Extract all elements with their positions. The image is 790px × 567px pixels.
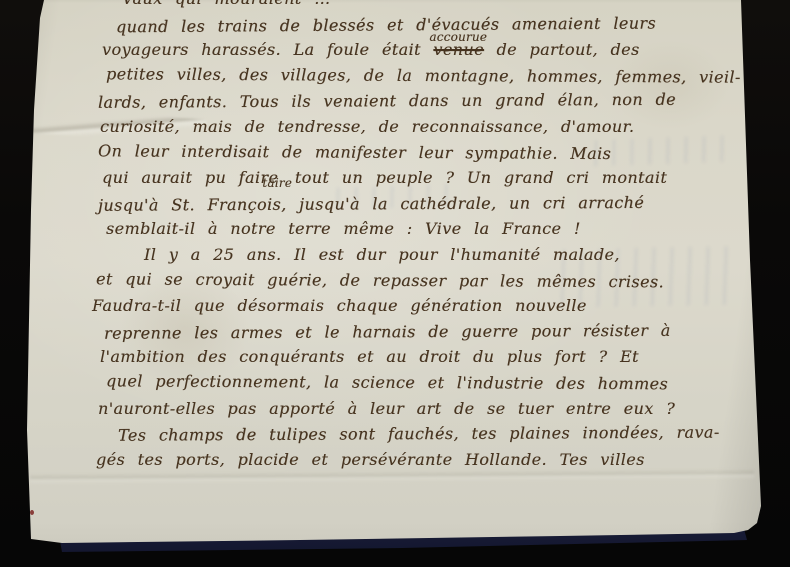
manuscript-line: Il y a 25 ans. Il est dur pour l'humanit…	[96, 242, 756, 268]
manuscript-line: semblait-il à notre terre même : Vive la…	[106, 216, 756, 242]
manuscript-line: Faudra-t-il que désormais chaque générat…	[92, 293, 756, 319]
handwritten-text: qui aurait pu faire	[102, 168, 278, 187]
manuscript-line: l'ambition des conquérants et au droit d…	[100, 344, 756, 370]
handwritten-text: petites villes, des villages, de la mont…	[106, 64, 741, 86]
handwritten-text: reprenne les armes et le harnais de guer…	[104, 320, 671, 342]
handwritten-text: semblait-il à notre terre même : Vive la…	[106, 219, 581, 238]
manuscript-line: reprenne les armes et le harnais de guer…	[104, 317, 756, 346]
handwritten-text: Il y a 25 ans. Il est dur pour l'humanit…	[144, 245, 620, 264]
handwritten-text: Tes champs de tulipes sont fauchés, tes …	[118, 423, 720, 445]
manuscript-line: jusqu'à St. François, jusqu'à la cathédr…	[98, 189, 756, 218]
handwritten-text: et qui se croyait guérie, de repasser pa…	[96, 269, 664, 291]
handwritten-text: quel perfectionnement, la science et l'i…	[106, 371, 668, 393]
handwritten-text: lards, enfants. Tous ils venaient dans u…	[98, 90, 676, 112]
letter-paper: Vaux qui mouraient …quand les trains de …	[0, 0, 790, 567]
manuscript-line: quel perfectionnement, la science et l'i…	[106, 368, 756, 397]
handwritten-text: voyageurs harassés. La foule était	[102, 40, 433, 59]
handwritten-text: Faudra-t-il que désormais chaque générat…	[92, 296, 587, 315]
handwritten-text: tout un peuple ? Un grand cri montait	[282, 168, 667, 187]
handwritten-text: jusqu'à St. François, jusqu'à la cathédr…	[98, 193, 644, 215]
manuscript-line: On leur interdisait de manifester leur s…	[98, 138, 756, 167]
manuscript-line: voyageurs harassés. La foule était venue…	[102, 37, 756, 63]
red-ink-speck	[30, 510, 34, 515]
handwritten-text: Vaux qui mouraient …	[122, 0, 331, 8]
handwritten-text: de partout, des	[484, 40, 640, 59]
manuscript-line: n'auront-elles pas apporté à leur art de…	[98, 396, 756, 422]
correction: venueaccourue	[433, 37, 484, 63]
manuscript-line: lards, enfants. Tous ils venaient dans u…	[98, 87, 756, 116]
manuscript-line: et qui se croyait guérie, de repasser pa…	[96, 266, 756, 295]
inserted-word: accourue	[429, 25, 487, 51]
handwritten-text: n'auront-elles pas apporté à leur art de…	[98, 399, 675, 418]
handwritten-text: curiosité, mais de tendresse, de reconna…	[100, 117, 634, 136]
handwritten-text: On leur interdisait de manifester leur s…	[98, 141, 611, 163]
handwritten-text: l'ambition des conquérants et au droit d…	[100, 347, 639, 366]
manuscript-text-block: Vaux qui mouraient …quand les trains de …	[96, 0, 756, 472]
manuscript-line: petites villes, des villages, de la mont…	[106, 61, 756, 90]
handwritten-text: quand les trains de blessés et d'évacués…	[116, 13, 656, 36]
manuscript-line: qui aurait pu fairetaire tout un peuple …	[102, 165, 756, 191]
manuscript-line: Tes champs de tulipes sont fauchés, tes …	[118, 419, 756, 448]
manuscript-line: curiosité, mais de tendresse, de reconna…	[100, 114, 756, 140]
photo-canvas: { "photo": { "description": "Photograph …	[0, 0, 790, 567]
handwritten-text: gés tes ports, placide et persévérante H…	[96, 450, 645, 469]
manuscript-line: gés tes ports, placide et persévérante H…	[96, 447, 756, 473]
